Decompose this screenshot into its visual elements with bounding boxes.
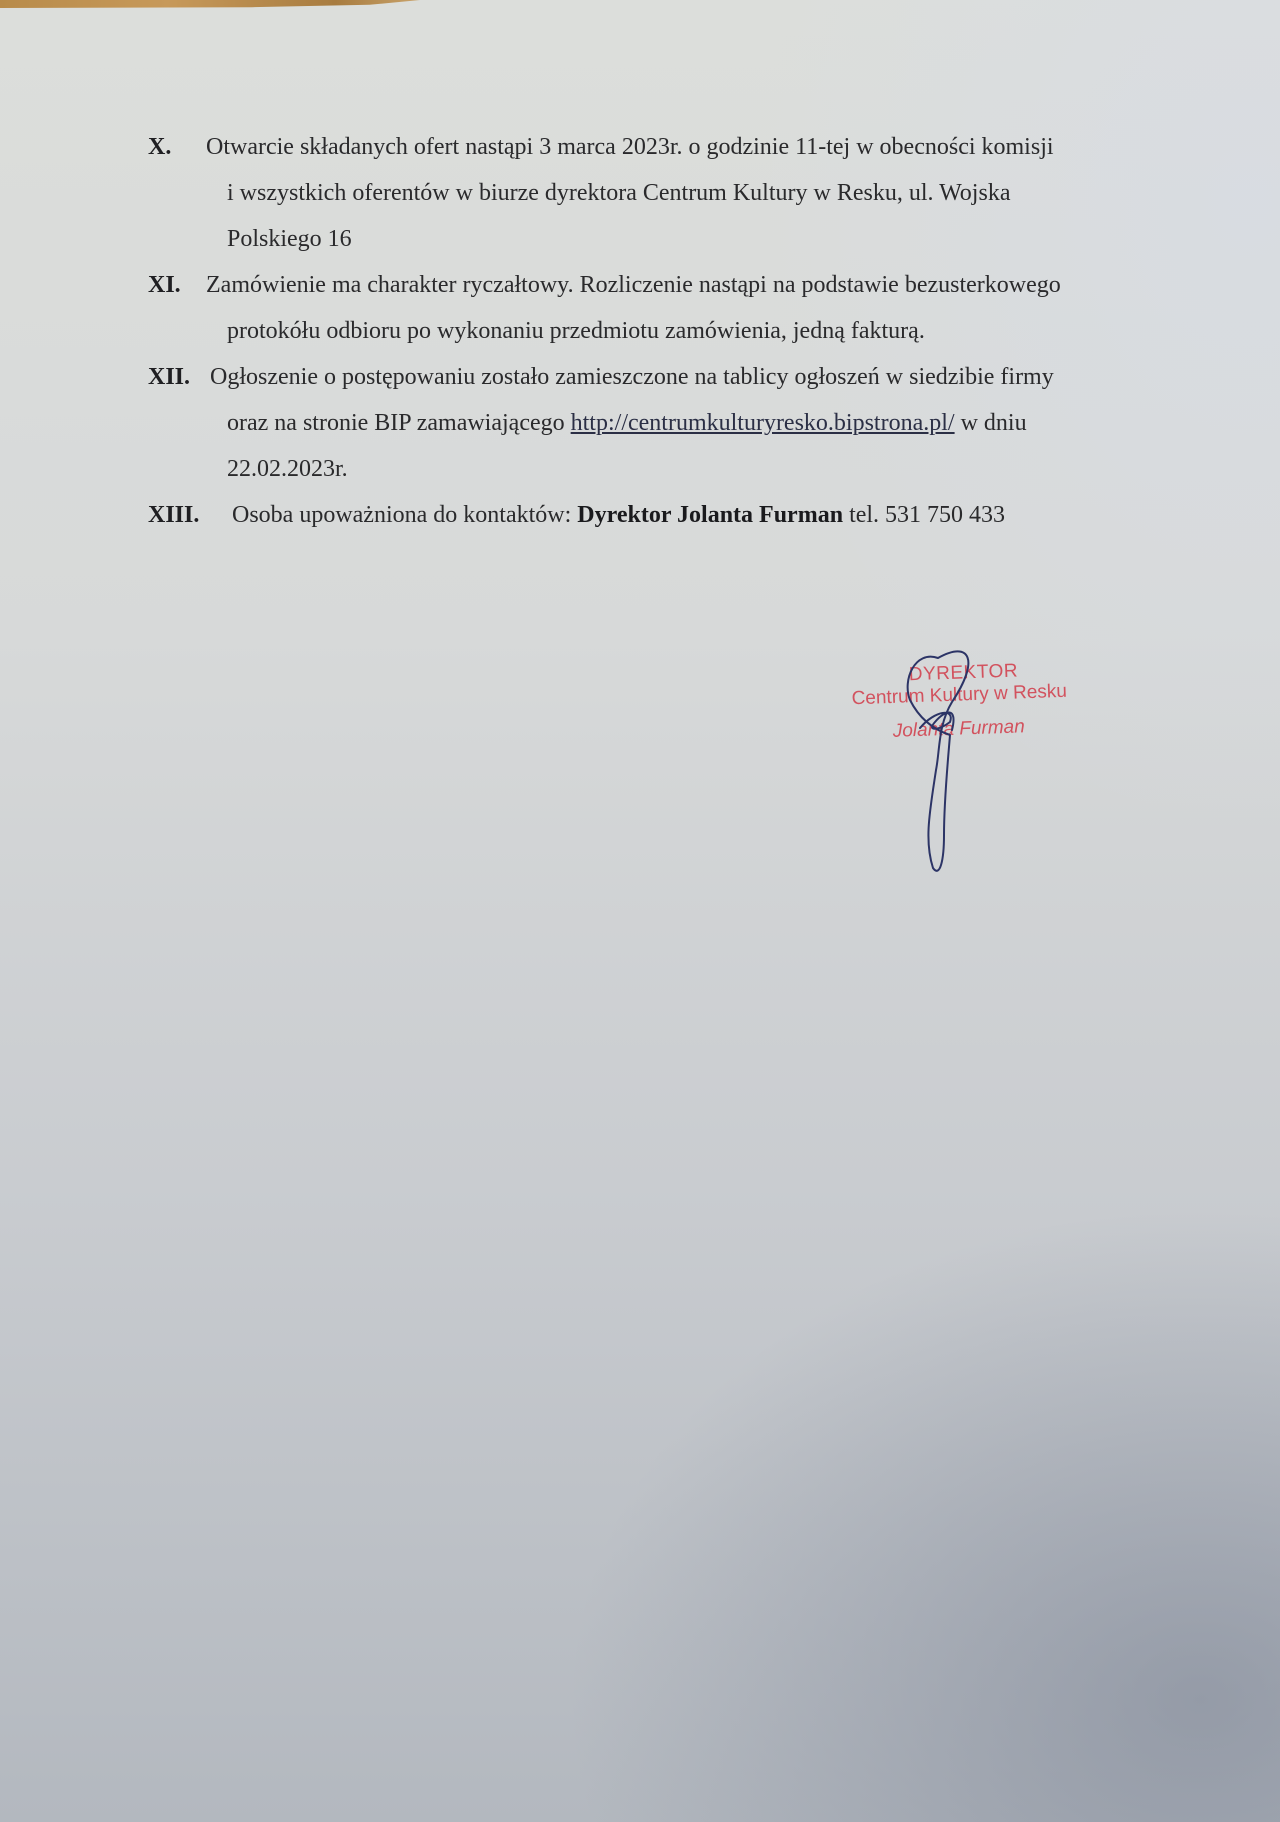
section-text: Otwarcie składanych ofert nastąpi 3 marc… xyxy=(148,124,1158,170)
section-xi: XI. Zamówienie ma charakter ryczałtowy. … xyxy=(148,262,1158,354)
contact-label: Osoba upoważniona do kontaktów: xyxy=(232,502,577,528)
section-text-with-link: oraz na stronie BIP zamawiającego http:/… xyxy=(148,400,1158,446)
section-xii: XII. Ogłoszenie o postępowaniu zostało z… xyxy=(148,354,1158,492)
section-number: XIII. xyxy=(148,492,199,538)
contact-phone: tel. 531 750 433 xyxy=(843,502,1005,528)
document-body: X. Otwarcie składanych ofert nastąpi 3 m… xyxy=(148,124,1158,538)
section-text: Zamówienie ma charakter ryczałtowy. Rozl… xyxy=(148,262,1158,308)
section-text: i wszystkich oferentów w biurze dyrektor… xyxy=(148,170,1158,216)
section-x: X. Otwarcie składanych ofert nastąpi 3 m… xyxy=(148,124,1158,262)
handwritten-signature xyxy=(840,610,1060,890)
section-text: 22.02.2023r. xyxy=(148,446,1158,492)
contact-person: Dyrektor Jolanta Furman xyxy=(577,502,843,528)
section-number: XII. xyxy=(148,354,190,400)
section-text: Ogłoszenie o postępowaniu zostało zamies… xyxy=(148,354,1158,400)
section-text: protokółu odbioru po wykonaniu przedmiot… xyxy=(148,308,1158,354)
section-text: w dniu xyxy=(955,410,1027,436)
section-text: oraz na stronie BIP zamawiającego xyxy=(227,410,571,436)
bip-link[interactable]: http://centrumkulturyresko.bipstrona.pl/ xyxy=(571,410,955,436)
contact-line: Osoba upoważniona do kontaktów: Dyrektor… xyxy=(148,492,1158,538)
section-xiii: XIII. Osoba upoważniona do kontaktów: Dy… xyxy=(148,492,1158,538)
section-text: Polskiego 16 xyxy=(148,216,1158,262)
section-number: XI. xyxy=(148,262,181,308)
section-number: X. xyxy=(148,124,171,170)
